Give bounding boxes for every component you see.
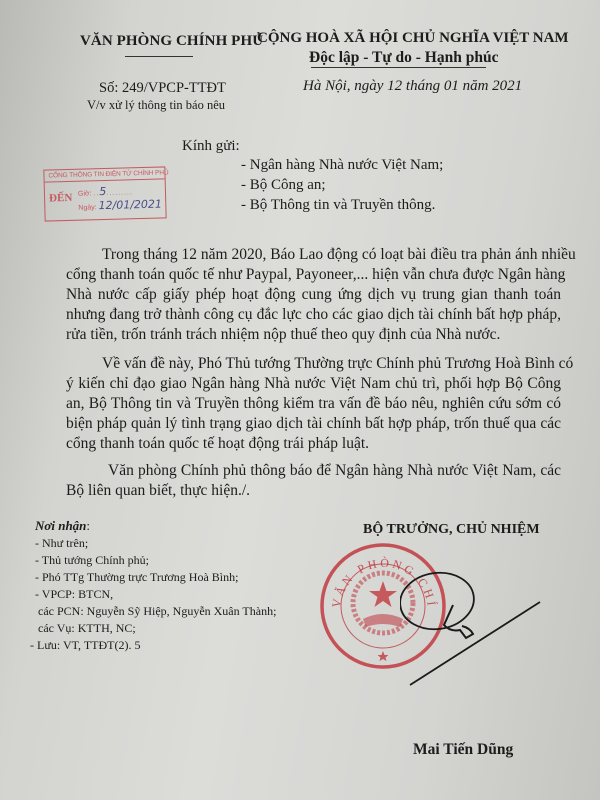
recipient-item: - Như trên; xyxy=(35,536,88,551)
document-number: Số: 249/VPCP-TTĐT xyxy=(99,80,226,97)
body-line: Nhà nước cấp giấy phép hoạt động cung ứn… xyxy=(66,285,561,305)
signer-title: BỘ TRƯỞNG, CHỦ NHIỆM xyxy=(363,522,540,538)
addressee-label: Kính gửi: xyxy=(182,138,240,155)
recipient-item: - Thủ tướng Chính phủ; xyxy=(35,553,149,568)
recipient-item: - Phó TTg Thường trực Trương Hoà Bình; xyxy=(35,570,238,585)
body-line: rửa tiền, trốn tránh trách nhiệm nộp thu… xyxy=(66,325,561,345)
signer-name: Mai Tiến Dũng xyxy=(413,741,513,759)
body-paragraph-3: Văn phòng Chính phủ thông báo để Ngân hà… xyxy=(66,461,561,501)
national-motto: Độc lập - Tự do - Hạnh phúc xyxy=(309,49,498,67)
body-line: Trong tháng 12 năm 2020, Báo Lao động có… xyxy=(66,245,561,265)
body-line: cổng thanh toán quốc tế hoạt động trái p… xyxy=(66,434,561,454)
stamp-time-label: Giờ: xyxy=(78,190,92,197)
header-divider-left xyxy=(125,56,193,57)
body-line: Bộ liên quan biết, thực hiện./. xyxy=(66,481,561,501)
place-date: Hà Nội, ngày 12 tháng 01 năm 2021 xyxy=(303,78,522,95)
recipients-title: Nơi nhận: xyxy=(35,518,90,534)
stamp-time-row: Giờ: ..5......... xyxy=(78,184,133,198)
body-line: cổng thanh toán quốc tế như Paypal, Payo… xyxy=(66,265,561,285)
stamp-date-label: Ngày: xyxy=(78,204,96,211)
body-line: ý kiến chỉ đạo giao Ngân hàng Nhà nước V… xyxy=(66,374,561,394)
stamp-date-value: 12/01/2021 xyxy=(98,198,162,213)
body-paragraph-1: Trong tháng 12 năm 2020, Báo Lao động có… xyxy=(66,245,561,345)
body-line: biện pháp quản lý tình trạng giao dịch t… xyxy=(66,414,561,434)
addressee-item: - Bộ Thông tin và Truyền thông. xyxy=(241,197,435,214)
issuing-agency: VĂN PHÒNG CHÍNH PHỦ xyxy=(80,33,263,50)
recipient-item: - Lưu: VT, TTĐT(2). 5 xyxy=(30,638,140,653)
stamp-date-row: Ngày: 12/01/2021 xyxy=(78,198,162,213)
body-line: Văn phòng Chính phủ thông báo để Ngân hà… xyxy=(66,461,561,481)
addressee-item: - Bộ Công an; xyxy=(241,177,326,194)
document-subject: V/v xử lý thông tin báo nêu xyxy=(87,98,225,113)
recipient-item: các PCN: Nguyễn Sỹ Hiệp, Nguyễn Xuân Thà… xyxy=(38,604,276,619)
stamp-den-label: ĐẾN xyxy=(49,192,73,205)
national-title: CỘNG HOÀ XÃ HỘI CHỦ NGHĨA VIỆT NAM xyxy=(257,30,569,47)
body-paragraph-2: Về vấn đề này, Phó Thủ tướng Thường trực… xyxy=(66,354,561,454)
recipient-item: - VPCP: BTCN, xyxy=(35,587,113,602)
handwritten-signature-icon xyxy=(400,570,560,690)
body-line: nhưng đang trở thành công cụ đắc lực cho… xyxy=(66,305,561,325)
stamp-header: CỔNG THÔNG TIN ĐIỆN TỬ CHÍNH PHỦ xyxy=(44,167,164,182)
recipient-item: các Vụ: KTTH, NC; xyxy=(38,621,136,636)
header-divider-right xyxy=(311,67,486,68)
body-line: an, Bộ Thông tin và Truyền thông kiểm tr… xyxy=(66,394,561,414)
received-stamp: CỔNG THÔNG TIN ĐIỆN TỬ CHÍNH PHỦ ĐẾN Giờ… xyxy=(43,166,166,221)
addressee-item: - Ngân hàng Nhà nước Việt Nam; xyxy=(241,157,443,174)
body-line: Về vấn đề này, Phó Thủ tướng Thường trực… xyxy=(66,354,561,374)
